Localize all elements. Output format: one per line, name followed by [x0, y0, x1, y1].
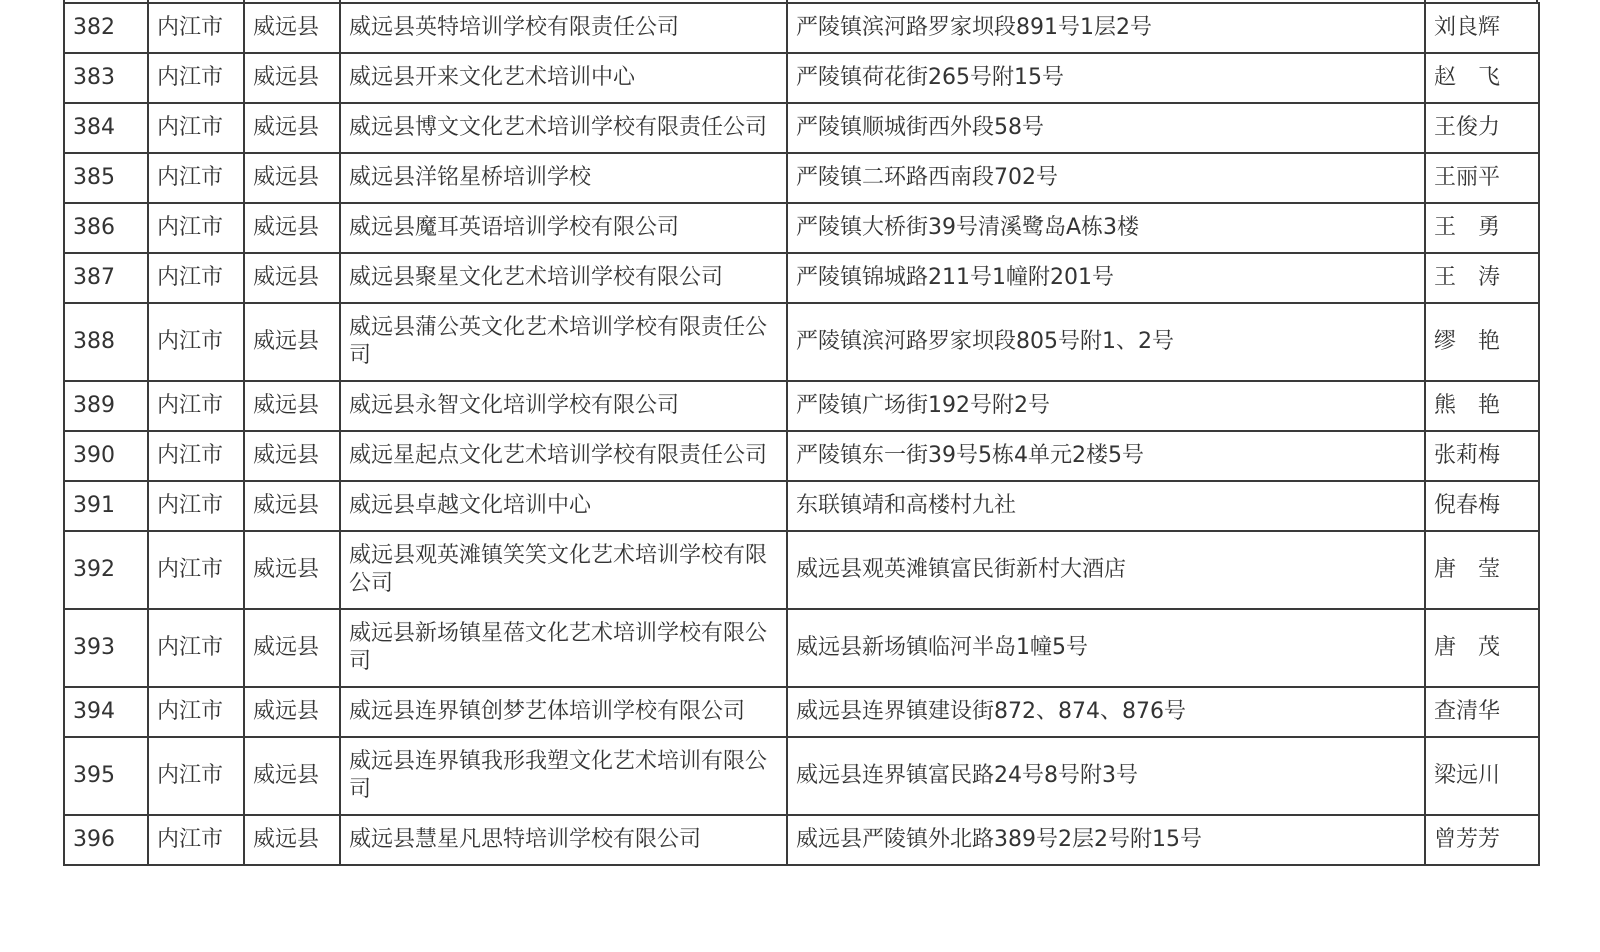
- cell-county: 威远县: [244, 253, 340, 303]
- cell-address: 严陵镇东一街39号5栋4单元2楼5号: [787, 431, 1425, 481]
- table-row: 382 内江市 威远县 威远县英特培训学校有限责任公司 严陵镇滨河路罗家坝段89…: [64, 3, 1539, 53]
- table-body: 382 内江市 威远县 威远县英特培训学校有限责任公司 严陵镇滨河路罗家坝段89…: [64, 3, 1539, 865]
- cell-seq: 394: [64, 687, 148, 737]
- cell-seq: 390: [64, 431, 148, 481]
- cell-county: 威远县: [244, 431, 340, 481]
- table-row: 393 内江市 威远县 威远县新场镇星蓓文化艺术培训学校有限公司 威远县新场镇临…: [64, 609, 1539, 687]
- cell-seq: 388: [64, 303, 148, 381]
- cell-contact: 王丽平: [1425, 153, 1539, 203]
- cell-school-name: 威远县新场镇星蓓文化艺术培训学校有限公司: [340, 609, 787, 687]
- cell-county: 威远县: [244, 815, 340, 865]
- cell-contact: 王 勇: [1425, 203, 1539, 253]
- cell-county: 威远县: [244, 153, 340, 203]
- cell-county: 威远县: [244, 303, 340, 381]
- cell-address: 严陵镇锦城路211号1幢附201号: [787, 253, 1425, 303]
- cell-address: 威远县新场镇临河半岛1幢5号: [787, 609, 1425, 687]
- cell-address: 严陵镇滨河路罗家坝段805号附1、2号: [787, 303, 1425, 381]
- cell-county: 威远县: [244, 103, 340, 153]
- cell-school-name: 威远县观英滩镇笑笑文化艺术培训学校有限公司: [340, 531, 787, 609]
- cell-address: 严陵镇大桥街39号清溪鹭岛A栋3楼: [787, 203, 1425, 253]
- cell-seq: 392: [64, 531, 148, 609]
- cell-seq: 387: [64, 253, 148, 303]
- cell-contact: 梁远川: [1425, 737, 1539, 815]
- cell-seq: 396: [64, 815, 148, 865]
- cell-city: 内江市: [148, 153, 244, 203]
- cell-address: 威远县严陵镇外北路389号2层2号附15号: [787, 815, 1425, 865]
- cell-county: 威远县: [244, 531, 340, 609]
- cell-contact: 曾芳芳: [1425, 815, 1539, 865]
- cell-contact: 张莉梅: [1425, 431, 1539, 481]
- cell-city: 内江市: [148, 687, 244, 737]
- cell-address: 严陵镇顺城街西外段58号: [787, 103, 1425, 153]
- cell-seq: 391: [64, 481, 148, 531]
- cell-school-name: 威远县开来文化艺术培训中心: [340, 53, 787, 103]
- cell-address: 东联镇靖和高楼村九社: [787, 481, 1425, 531]
- cell-address: 威远县观英滩镇富民街新村大酒店: [787, 531, 1425, 609]
- table-row: 385 内江市 威远县 威远县洋铭星桥培训学校 严陵镇二环路西南段702号 王丽…: [64, 153, 1539, 203]
- table-row: 386 内江市 威远县 威远县魔耳英语培训学校有限公司 严陵镇大桥街39号清溪鹭…: [64, 203, 1539, 253]
- training-schools-table: 382 内江市 威远县 威远县英特培训学校有限责任公司 严陵镇滨河路罗家坝段89…: [63, 2, 1540, 866]
- table-row: 389 内江市 威远县 威远县永智文化培训学校有限公司 严陵镇广场街192号附2…: [64, 381, 1539, 431]
- cell-city: 内江市: [148, 303, 244, 381]
- table-row: 388 内江市 威远县 威远县蒲公英文化艺术培训学校有限责任公司 严陵镇滨河路罗…: [64, 303, 1539, 381]
- cell-contact: 赵 飞: [1425, 53, 1539, 103]
- cell-address: 威远县连界镇建设街872、874、876号: [787, 687, 1425, 737]
- table-row: 390 内江市 威远县 威远星起点文化艺术培训学校有限责任公司 严陵镇东一街39…: [64, 431, 1539, 481]
- cell-county: 威远县: [244, 3, 340, 53]
- cell-county: 威远县: [244, 203, 340, 253]
- table-row: 392 内江市 威远县 威远县观英滩镇笑笑文化艺术培训学校有限公司 威远县观英滩…: [64, 531, 1539, 609]
- cell-school-name: 威远县连界镇我形我塑文化艺术培训有限公司: [340, 737, 787, 815]
- cell-contact: 熊 艳: [1425, 381, 1539, 431]
- cell-seq: 389: [64, 381, 148, 431]
- table-row: 395 内江市 威远县 威远县连界镇我形我塑文化艺术培训有限公司 威远县连界镇富…: [64, 737, 1539, 815]
- document-page: 382 内江市 威远县 威远县英特培训学校有限责任公司 严陵镇滨河路罗家坝段89…: [63, 2, 1540, 866]
- cell-school-name: 威远县慧星凡思特培训学校有限公司: [340, 815, 787, 865]
- cell-county: 威远县: [244, 381, 340, 431]
- cell-school-name: 威远县魔耳英语培训学校有限公司: [340, 203, 787, 253]
- cell-city: 内江市: [148, 481, 244, 531]
- cell-seq: 395: [64, 737, 148, 815]
- cell-seq: 385: [64, 153, 148, 203]
- cell-city: 内江市: [148, 431, 244, 481]
- cell-contact: 王俊力: [1425, 103, 1539, 153]
- cell-contact: 刘良辉: [1425, 3, 1539, 53]
- cell-address: 严陵镇广场街192号附2号: [787, 381, 1425, 431]
- cell-seq: 384: [64, 103, 148, 153]
- cell-school-name: 威远县英特培训学校有限责任公司: [340, 3, 787, 53]
- cell-seq: 383: [64, 53, 148, 103]
- cell-school-name: 威远县聚星文化艺术培训学校有限公司: [340, 253, 787, 303]
- cell-school-name: 威远县洋铭星桥培训学校: [340, 153, 787, 203]
- cell-county: 威远县: [244, 609, 340, 687]
- cell-city: 内江市: [148, 203, 244, 253]
- cell-contact: 王 涛: [1425, 253, 1539, 303]
- table-row: 396 内江市 威远县 威远县慧星凡思特培训学校有限公司 威远县严陵镇外北路38…: [64, 815, 1539, 865]
- cell-school-name: 威远县永智文化培训学校有限公司: [340, 381, 787, 431]
- cell-county: 威远县: [244, 53, 340, 103]
- cell-contact: 唐 莹: [1425, 531, 1539, 609]
- cell-seq: 386: [64, 203, 148, 253]
- cell-city: 内江市: [148, 815, 244, 865]
- cell-city: 内江市: [148, 531, 244, 609]
- cell-contact: 倪春梅: [1425, 481, 1539, 531]
- cell-city: 内江市: [148, 737, 244, 815]
- table-row: 384 内江市 威远县 威远县博文文化艺术培训学校有限责任公司 严陵镇顺城街西外…: [64, 103, 1539, 153]
- table-row: 383 内江市 威远县 威远县开来文化艺术培训中心 严陵镇荷花街265号附15号…: [64, 53, 1539, 103]
- cell-address: 严陵镇荷花街265号附15号: [787, 53, 1425, 103]
- cell-city: 内江市: [148, 103, 244, 153]
- table-row: 391 内江市 威远县 威远县卓越文化培训中心 东联镇靖和高楼村九社 倪春梅: [64, 481, 1539, 531]
- cell-school-name: 威远县卓越文化培训中心: [340, 481, 787, 531]
- cell-contact: 缪 艳: [1425, 303, 1539, 381]
- cell-city: 内江市: [148, 381, 244, 431]
- cell-school-name: 威远县连界镇创梦艺体培训学校有限公司: [340, 687, 787, 737]
- cell-school-name: 威远县蒲公英文化艺术培训学校有限责任公司: [340, 303, 787, 381]
- cell-city: 内江市: [148, 609, 244, 687]
- cell-school-name: 威远县博文文化艺术培训学校有限责任公司: [340, 103, 787, 153]
- cell-city: 内江市: [148, 253, 244, 303]
- cell-address: 严陵镇滨河路罗家坝段891号1层2号: [787, 3, 1425, 53]
- table-row: 387 内江市 威远县 威远县聚星文化艺术培训学校有限公司 严陵镇锦城路211号…: [64, 253, 1539, 303]
- cell-seq: 382: [64, 3, 148, 53]
- cell-school-name: 威远星起点文化艺术培训学校有限责任公司: [340, 431, 787, 481]
- cell-contact: 查清华: [1425, 687, 1539, 737]
- cell-address: 威远县连界镇富民路24号8号附3号: [787, 737, 1425, 815]
- cell-city: 内江市: [148, 53, 244, 103]
- cell-contact: 唐 茂: [1425, 609, 1539, 687]
- cell-county: 威远县: [244, 481, 340, 531]
- table-row: 394 内江市 威远县 威远县连界镇创梦艺体培训学校有限公司 威远县连界镇建设街…: [64, 687, 1539, 737]
- cell-county: 威远县: [244, 737, 340, 815]
- cell-city: 内江市: [148, 3, 244, 53]
- cell-address: 严陵镇二环路西南段702号: [787, 153, 1425, 203]
- cell-county: 威远县: [244, 687, 340, 737]
- cell-seq: 393: [64, 609, 148, 687]
